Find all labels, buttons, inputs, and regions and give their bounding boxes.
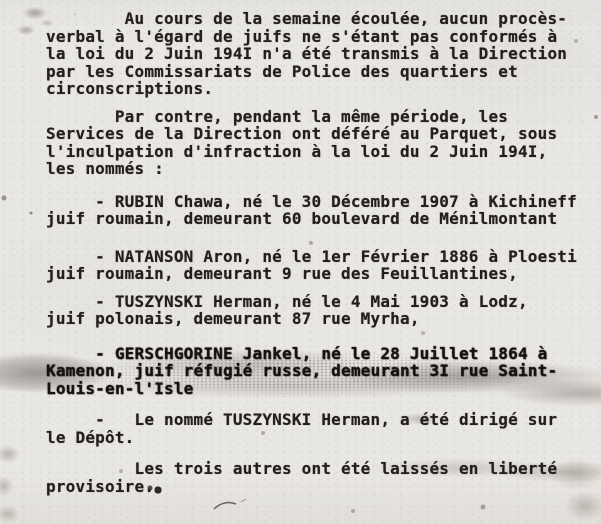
text-line: - TUSZYNSKI Herman, né le 4 Mai 1903 à L…	[46, 293, 601, 311]
paper-speckles	[0, 0, 2, 2]
ink-smudge-left-edge	[0, 438, 40, 524]
text-line: - GERSCHGORINE Jankel, né le 28 Juillet …	[46, 345, 601, 363]
text-line: circonscriptions.	[46, 80, 601, 98]
paragraph-liberte-provisoire: Les trois autres ont été laissés en libe…	[46, 460, 601, 495]
text-line: - Le nommé TUSZYNSKI Herman, a été dirig…	[46, 411, 601, 429]
paragraph-tuszynski-depot: - Le nommé TUSZYNSKI Herman, a été dirig…	[46, 411, 601, 446]
paragraph-intro: Au cours de la semaine écoulée, aucun pr…	[46, 10, 601, 98]
list-item-natanson: - NATANSON Aron, né le 1er Février 1886 …	[46, 248, 601, 283]
text-line: Les trois autres ont été laissés en libe…	[46, 460, 601, 478]
text-line: Au cours de la semaine écoulée, aucun pr…	[46, 10, 601, 28]
text-line: l'inculpation d'infraction à la loi du 2…	[46, 143, 601, 161]
text-line: Kamenon, juif réfugié russe, demeurant 3…	[46, 362, 601, 380]
text-line: le Dépôt.	[46, 429, 601, 447]
text-line: provisoire.	[46, 478, 601, 496]
pen-mark	[205, 495, 255, 515]
text-line: Services de la Direction ont déféré au P…	[46, 125, 601, 143]
text-line: juif roumain, demeurant 9 rue des Feuill…	[46, 265, 601, 283]
document-text: Au cours de la semaine écoulée, aucun pr…	[46, 10, 601, 495]
text-line: par les Commissariats de Police des quar…	[46, 63, 601, 81]
list-item-rubin: - RUBIN Chawa, né le 30 Décembre 1907 à …	[46, 193, 601, 228]
list-item-tuszynski: - TUSZYNSKI Herman, né le 4 Mai 1903 à L…	[46, 293, 601, 328]
text-line: juif roumain, demeurant 60 boulevard de …	[46, 210, 601, 228]
text-line: - RUBIN Chawa, né le 30 Décembre 1907 à …	[46, 193, 601, 211]
scanned-document-page: Au cours de la semaine écoulée, aucun pr…	[0, 0, 601, 524]
text-line: juif polonais, demeurant 87 rue Myrha,	[46, 310, 601, 328]
text-line: verbal à l'égard de juifs ne s'étant pas…	[46, 28, 601, 46]
text-line: les nommés :	[46, 160, 601, 178]
text-line: - NATANSON Aron, né le 1er Février 1886 …	[46, 248, 601, 266]
list-item-gerschgorine: - GERSCHGORINE Jankel, né le 28 Juillet …	[46, 345, 601, 398]
text-line: Louis-en-l'Isle	[46, 380, 601, 398]
text-line: Par contre, pendant la même période, les	[46, 108, 601, 126]
paragraph-deferred-to-parquet: Par contre, pendant la même période, les…	[46, 108, 601, 178]
text-line: la loi du 2 Juin 194I n'a été transmis à…	[46, 45, 601, 63]
